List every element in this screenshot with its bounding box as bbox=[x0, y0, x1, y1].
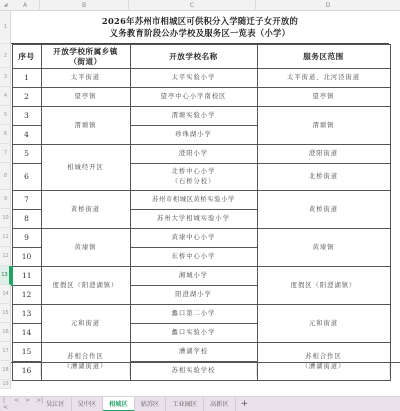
gridline bbox=[256, 363, 257, 376]
cell-town-merged[interactable]: 度假区（阳澄湖镇） bbox=[41, 267, 130, 305]
row-header[interactable]: 16 bbox=[0, 323, 11, 342]
gridline bbox=[40, 363, 41, 376]
cell-service[interactable]: 北桥街道 bbox=[257, 164, 390, 191]
cell-school[interactable]: 蠡口实验小学 bbox=[130, 324, 257, 343]
row-header[interactable]: 17 bbox=[0, 342, 11, 361]
sheet-tab-wuzhong[interactable]: 吴中区 bbox=[72, 397, 104, 411]
sheet-tab-hightech[interactable]: 高新区 bbox=[204, 397, 236, 411]
row-header[interactable]: 11 bbox=[0, 228, 11, 247]
cell-school-line-2: （石桥分校） bbox=[131, 177, 257, 187]
header-town-line-1: 开放学校所属乡镇 bbox=[42, 47, 130, 57]
cell-town[interactable]: 望亭镇 bbox=[41, 88, 130, 107]
cell-seq[interactable]: 5 bbox=[12, 145, 41, 164]
sheet-tab-wujiang[interactable]: 吴江区 bbox=[40, 397, 72, 411]
row-header[interactable]: 19 bbox=[0, 380, 11, 389]
gridline bbox=[389, 363, 390, 376]
cell-seq[interactable]: 12 bbox=[12, 286, 41, 305]
header-service[interactable]: 服务区范围 bbox=[257, 45, 390, 69]
cell-seq[interactable]: 13 bbox=[12, 305, 41, 324]
row-header[interactable]: 4 bbox=[0, 87, 11, 106]
cell-service-merged[interactable]: 黄埭镇 bbox=[257, 229, 390, 267]
cell-school-line-1: 北桥中心小学 bbox=[131, 167, 257, 177]
sheet-tab-bar: |< < > >| 吴江区 吴中区 相城区 姑苏区 工业园区 高新区 + bbox=[0, 396, 400, 411]
cell-school[interactable]: 东桥中心小学 bbox=[130, 248, 257, 267]
cell-seq[interactable]: 2 bbox=[12, 88, 41, 107]
empty-row[interactable] bbox=[11, 362, 400, 375]
column-header-bar: ◢ A B C D bbox=[0, 0, 400, 11]
cell-town-merged[interactable]: 相城经开区 bbox=[41, 145, 130, 191]
cell-school[interactable]: 湘城小学 bbox=[130, 267, 257, 286]
cell-seq[interactable]: 9 bbox=[12, 229, 41, 248]
row-header[interactable]: 7 bbox=[0, 144, 11, 163]
prev-sheet-icon[interactable]: < bbox=[14, 397, 19, 411]
header-row: 序号 开放学校所属乡镇（街道） 开放学校名称 服务区范围 bbox=[12, 45, 390, 69]
add-sheet-icon[interactable]: + bbox=[236, 399, 249, 409]
school-table: 序号 开放学校所属乡镇（街道） 开放学校名称 服务区范围 1 太平街道 太平实验… bbox=[11, 44, 391, 381]
cell-seq[interactable]: 3 bbox=[12, 107, 41, 126]
cell-service-merged[interactable]: 度假区（阳澄湖镇） bbox=[257, 267, 390, 305]
cell-school[interactable]: 蠡口第二小学 bbox=[130, 305, 257, 324]
table-row: 3 渭塘镇 渭塘实验小学 渭塘镇 bbox=[12, 107, 390, 126]
table-row: 7 黄桥街道 苏州市相城区黄桥实验小学 黄桥街道 bbox=[12, 191, 390, 210]
cell-town-merged[interactable]: 黄桥街道 bbox=[41, 191, 130, 229]
sheet-tab-industrial-park[interactable]: 工业园区 bbox=[166, 397, 204, 411]
cell-school[interactable]: 北桥中心小学（石桥分校） bbox=[130, 164, 257, 191]
table-row: 1 太平街道 太平实验小学 太平街道、北河泾街道 bbox=[12, 69, 390, 88]
row-header[interactable]: 5 bbox=[0, 106, 11, 125]
row-header[interactable]: 9 bbox=[0, 190, 11, 209]
column-header-c[interactable]: C bbox=[129, 0, 256, 11]
row-header-active[interactable]: 13 bbox=[0, 266, 11, 285]
cell-seq[interactable]: 1 bbox=[12, 69, 41, 88]
row-header[interactable]: 12 bbox=[0, 247, 11, 266]
table-row: 9 黄埭镇 黄埭中心小学 黄埭镇 bbox=[12, 229, 390, 248]
cell-service-merged[interactable]: 黄桥街道 bbox=[257, 191, 390, 229]
cell-school[interactable]: 望亭中心小学南校区 bbox=[130, 88, 257, 107]
cell-school[interactable]: 珍珠湖小学 bbox=[130, 126, 257, 145]
cell-school[interactable]: 苏州大学相城实验小学 bbox=[130, 210, 257, 229]
cell-town[interactable]: 太平街道 bbox=[41, 69, 130, 88]
row-header-bar: 1 2 3 4 5 6 7 8 9 10 11 12 13 14 15 16 1… bbox=[0, 11, 11, 389]
cell-school[interactable]: 澄阳小学 bbox=[130, 145, 257, 164]
cell-seq[interactable]: 10 bbox=[12, 248, 41, 267]
sheet-tab-xiangcheng[interactable]: 相城区 bbox=[103, 397, 135, 411]
next-sheet-icon[interactable]: > bbox=[25, 397, 30, 411]
sheet-nav: |< < > >| bbox=[0, 397, 40, 411]
row-header[interactable]: 1 bbox=[0, 11, 11, 44]
cell-seq[interactable]: 8 bbox=[12, 210, 41, 229]
header-school[interactable]: 开放学校名称 bbox=[130, 45, 257, 69]
row-header[interactable]: 15 bbox=[0, 304, 11, 323]
cell-town-merged[interactable]: 黄埭镇 bbox=[41, 229, 130, 267]
table-row: 13 元和街道 蠡口第二小学 元和街道 bbox=[12, 305, 390, 324]
select-all-corner[interactable]: ◢ bbox=[0, 0, 11, 11]
row-header[interactable]: 3 bbox=[0, 68, 11, 87]
table-row: 11 度假区（阳澄湖镇） 湘城小学 度假区（阳澄湖镇） bbox=[12, 267, 390, 286]
cell-seq[interactable]: 7 bbox=[12, 191, 41, 210]
cell-seq-active[interactable]: 11 bbox=[12, 267, 41, 286]
sheet-tab-gusu[interactable]: 姑苏区 bbox=[135, 397, 167, 411]
row-header[interactable]: 6 bbox=[0, 125, 11, 144]
cell-school[interactable]: 太平实验小学 bbox=[130, 69, 257, 88]
row-header[interactable]: 2 bbox=[0, 44, 11, 68]
cell-seq[interactable]: 15 bbox=[12, 343, 41, 362]
column-header-b[interactable]: B bbox=[40, 0, 129, 11]
first-sheet-icon[interactable]: |< bbox=[3, 397, 8, 411]
cell-school[interactable]: 阳澄湖小学 bbox=[130, 286, 257, 305]
header-town[interactable]: 开放学校所属乡镇（街道） bbox=[41, 45, 130, 69]
cell-seq[interactable]: 6 bbox=[12, 164, 41, 191]
cell-school[interactable]: 渭塘实验小学 bbox=[130, 107, 257, 126]
cell-school[interactable]: 漕湖学校 bbox=[130, 343, 257, 362]
row-header[interactable]: 8 bbox=[0, 163, 11, 190]
gridline bbox=[129, 363, 130, 376]
row-header[interactable]: 10 bbox=[0, 209, 11, 228]
title-line-1: 2026年苏州市相城区可供积分入学随迁子女开放的 bbox=[102, 15, 298, 27]
cell-service-line-1: 苏相合作区 bbox=[258, 352, 390, 362]
row-header[interactable]: 18 bbox=[0, 361, 11, 380]
column-header-a[interactable]: A bbox=[11, 0, 40, 11]
row-header[interactable]: 14 bbox=[0, 285, 11, 304]
table-row: 15 苏相合作区（漕湖街道） 漕湖学校 苏相合作区（漕湖街道） bbox=[12, 343, 390, 362]
cell-service[interactable]: 太平街道、北河泾街道 bbox=[257, 69, 390, 88]
cell-service[interactable]: 望亭镇 bbox=[257, 88, 390, 107]
title-line-2: 义务教育阶段公办学校及服务区一览表（小学） bbox=[110, 27, 291, 39]
column-header-d[interactable]: D bbox=[256, 0, 400, 11]
table-title: 2026年苏州市相城区可供积分入学随迁子女开放的 义务教育阶段公办学校及服务区一… bbox=[11, 11, 389, 44]
cell-school[interactable]: 黄埭中心小学 bbox=[130, 229, 257, 248]
cell-seq[interactable]: 4 bbox=[12, 126, 41, 145]
cell-town-line-1: 苏相合作区 bbox=[42, 352, 130, 362]
table-row: 5 相城经开区 澄阳小学 澄阳街道 bbox=[12, 145, 390, 164]
cell-seq[interactable]: 14 bbox=[12, 324, 41, 343]
header-seq[interactable]: 序号 bbox=[12, 45, 41, 69]
cell-town-merged[interactable]: 渭塘镇 bbox=[41, 107, 130, 145]
cell-service-merged[interactable]: 渭塘镇 bbox=[257, 107, 390, 145]
table-row: 2 望亭镇 望亭中心小学南校区 望亭镇 bbox=[12, 88, 390, 107]
cell-school[interactable]: 苏州市相城区黄桥实验小学 bbox=[130, 191, 257, 210]
cell-service[interactable]: 澄阳街道 bbox=[257, 145, 390, 164]
cell-service-merged[interactable]: 元和街道 bbox=[257, 305, 390, 343]
cell-town-merged[interactable]: 元和街道 bbox=[41, 305, 130, 343]
header-town-line-2: （街道） bbox=[42, 57, 130, 67]
sheet-grid[interactable]: 2026年苏州市相城区可供积分入学随迁子女开放的 义务教育阶段公办学校及服务区一… bbox=[11, 11, 400, 389]
